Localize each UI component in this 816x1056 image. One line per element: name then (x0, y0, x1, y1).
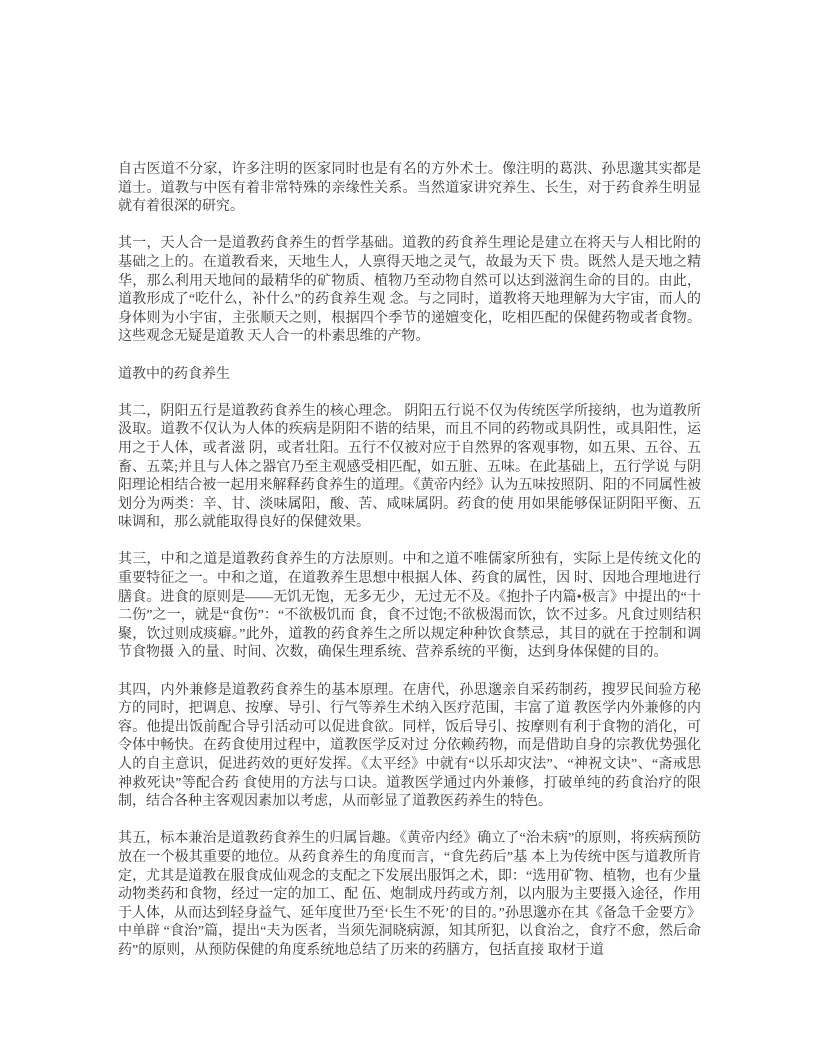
paragraph-intro: 自古医道不分家，许多注明的医家同时也是有名的方外术士。像注明的葛洪、孙思邈其实都… (118, 161, 701, 217)
paragraph-point-3-zhonghe-zhidao: 其三，中和之道是道教药食养生的方法原则。中和之道不唯儒家所独有，实际上是传统文化… (118, 551, 701, 663)
paragraph-point-5-biaoben-jianzhi: 其五，标本兼治是道教药食养生的归属旨趣。《黄帝内经》确立了“治未病”的原则，将疾… (118, 830, 701, 960)
document-page: 自古医道不分家，许多注明的医家同时也是有名的方外术士。像注明的葛洪、孙思邈其实都… (0, 0, 816, 1056)
section-heading-daoist-dietary-regimen: 道教中的药食养生 (118, 366, 701, 385)
paragraph-point-4-neiwai-jianxiu: 其四，内外兼修是道教药食养生的基本原理。在唐代，孙思邈亲自采药制药，搜罗民间验方… (118, 682, 701, 812)
paragraph-point-1-tianren-heyi: 其一，天人合一是道教药食养生的哲学基础。道教的药食养生理论是建立在将天与人相比附… (118, 235, 701, 347)
document-content: 自古医道不分家，许多注明的医家同时也是有名的方外术士。像注明的葛洪、孙思邈其实都… (118, 161, 701, 961)
paragraph-point-2-yinyang-wuxing: 其二，阴阳五行是道教药食养生的核心理念。 阴阳五行说不仅为传统医学所接纳，也为道… (118, 403, 701, 533)
